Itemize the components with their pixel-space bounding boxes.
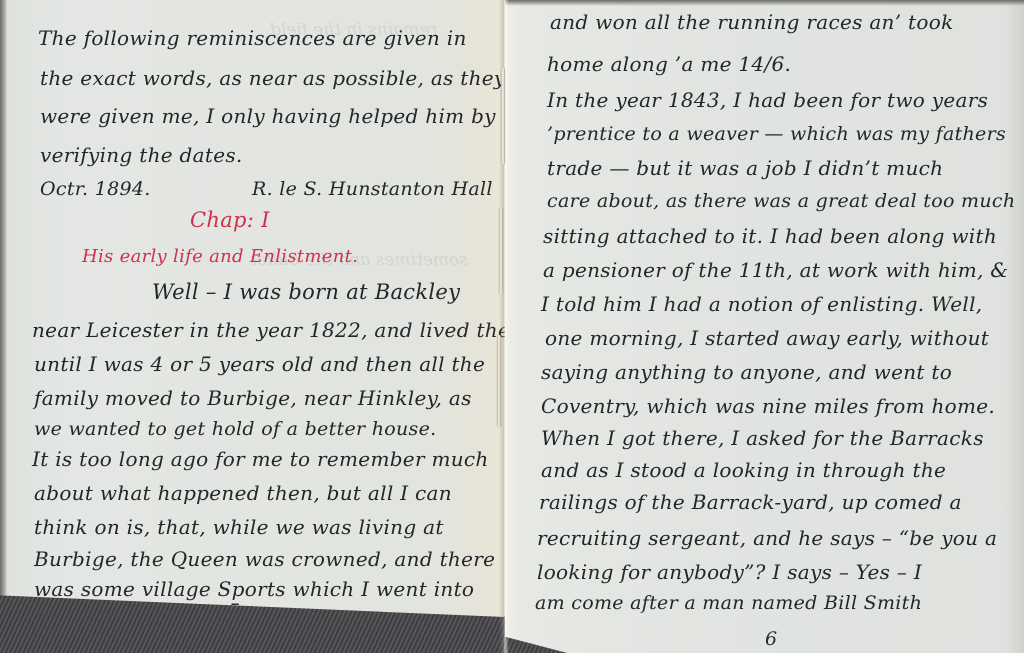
- body-line: until I was 4 or 5 years old and then al…: [34, 352, 485, 376]
- body-line: It is too long ago for me to remember mu…: [32, 447, 489, 471]
- body-line: think on is, that, while we was living a…: [34, 515, 444, 539]
- page-number: 6: [765, 628, 777, 650]
- body-line: ’prentice to a weaver — which was my fat…: [547, 123, 1006, 145]
- chapter-heading: Chap: I: [190, 208, 270, 232]
- left-page: remains in the field sometimes and the b…: [0, 0, 505, 617]
- body-line: In the year 1843, I had been for two yea…: [547, 88, 988, 112]
- body-line: Well – I was born at Backley: [152, 280, 460, 304]
- body-line: family moved to Burbige, near Hinkley, a…: [34, 386, 472, 410]
- body-line: and won all the running races an’ took: [550, 10, 954, 34]
- body-line: about what happened then, but all I can: [34, 481, 452, 505]
- open-notebook-spread: remains in the field sometimes and the b…: [0, 0, 1024, 653]
- preface-date: Octr. 1894.: [40, 178, 151, 200]
- body-line: recruiting sergeant, and he says – “be y…: [537, 526, 997, 550]
- body-line: When I got there, I asked for the Barrac…: [541, 426, 984, 450]
- body-line: home along ’a me 14/6.: [547, 52, 791, 76]
- body-line: saying anything to anyone, and went to: [541, 360, 952, 384]
- body-line: we wanted to get hold of a better house.: [34, 418, 436, 440]
- preface-line: The following reminiscences are given in: [38, 26, 467, 50]
- body-line: railings of the Barrack-yard, up comed a: [539, 490, 962, 514]
- body-line: a pensioner of the 11th, at work with hi…: [543, 258, 1008, 282]
- binding-stitch: [497, 335, 501, 427]
- body-line: care about, as there was a great deal to…: [547, 190, 1015, 212]
- binding-stitch: [501, 68, 505, 164]
- body-line: Coventry, which was nine miles from home…: [541, 394, 995, 418]
- binding-stitch: [499, 208, 503, 294]
- body-line: near Leicester in the year 1822, and liv…: [32, 318, 505, 342]
- body-line: Burbige, the Queen was crowned, and ther…: [34, 547, 495, 571]
- body-line: and as I stood a looking in through the: [541, 458, 946, 482]
- preface-line: the exact words, as near as possible, as…: [40, 66, 505, 90]
- body-line: I told him I had a notion of enlisting. …: [541, 292, 982, 316]
- body-line: sitting attached to it. I had been along…: [543, 224, 997, 248]
- body-line: looking for anybody”? I says – Yes – I: [537, 560, 922, 584]
- preface-line: were given me, I only having helped him …: [40, 104, 496, 128]
- preface-signature: R. le S. Hunstanton Hall: [252, 178, 493, 200]
- body-line: one morning, I started away early, witho…: [545, 326, 989, 350]
- page-number: 5: [228, 600, 240, 617]
- right-page: and won all the running races an’ took h…: [505, 0, 1024, 653]
- body-line: trade — but it was a job I didn’t much: [547, 156, 943, 180]
- body-line: am come after a man named Bill Smith: [535, 592, 922, 614]
- chapter-subtitle: His early life and Enlistment.: [82, 246, 358, 267]
- preface-line: verifying the dates.: [40, 143, 243, 167]
- body-line: was some village Sports which I went int…: [34, 577, 474, 601]
